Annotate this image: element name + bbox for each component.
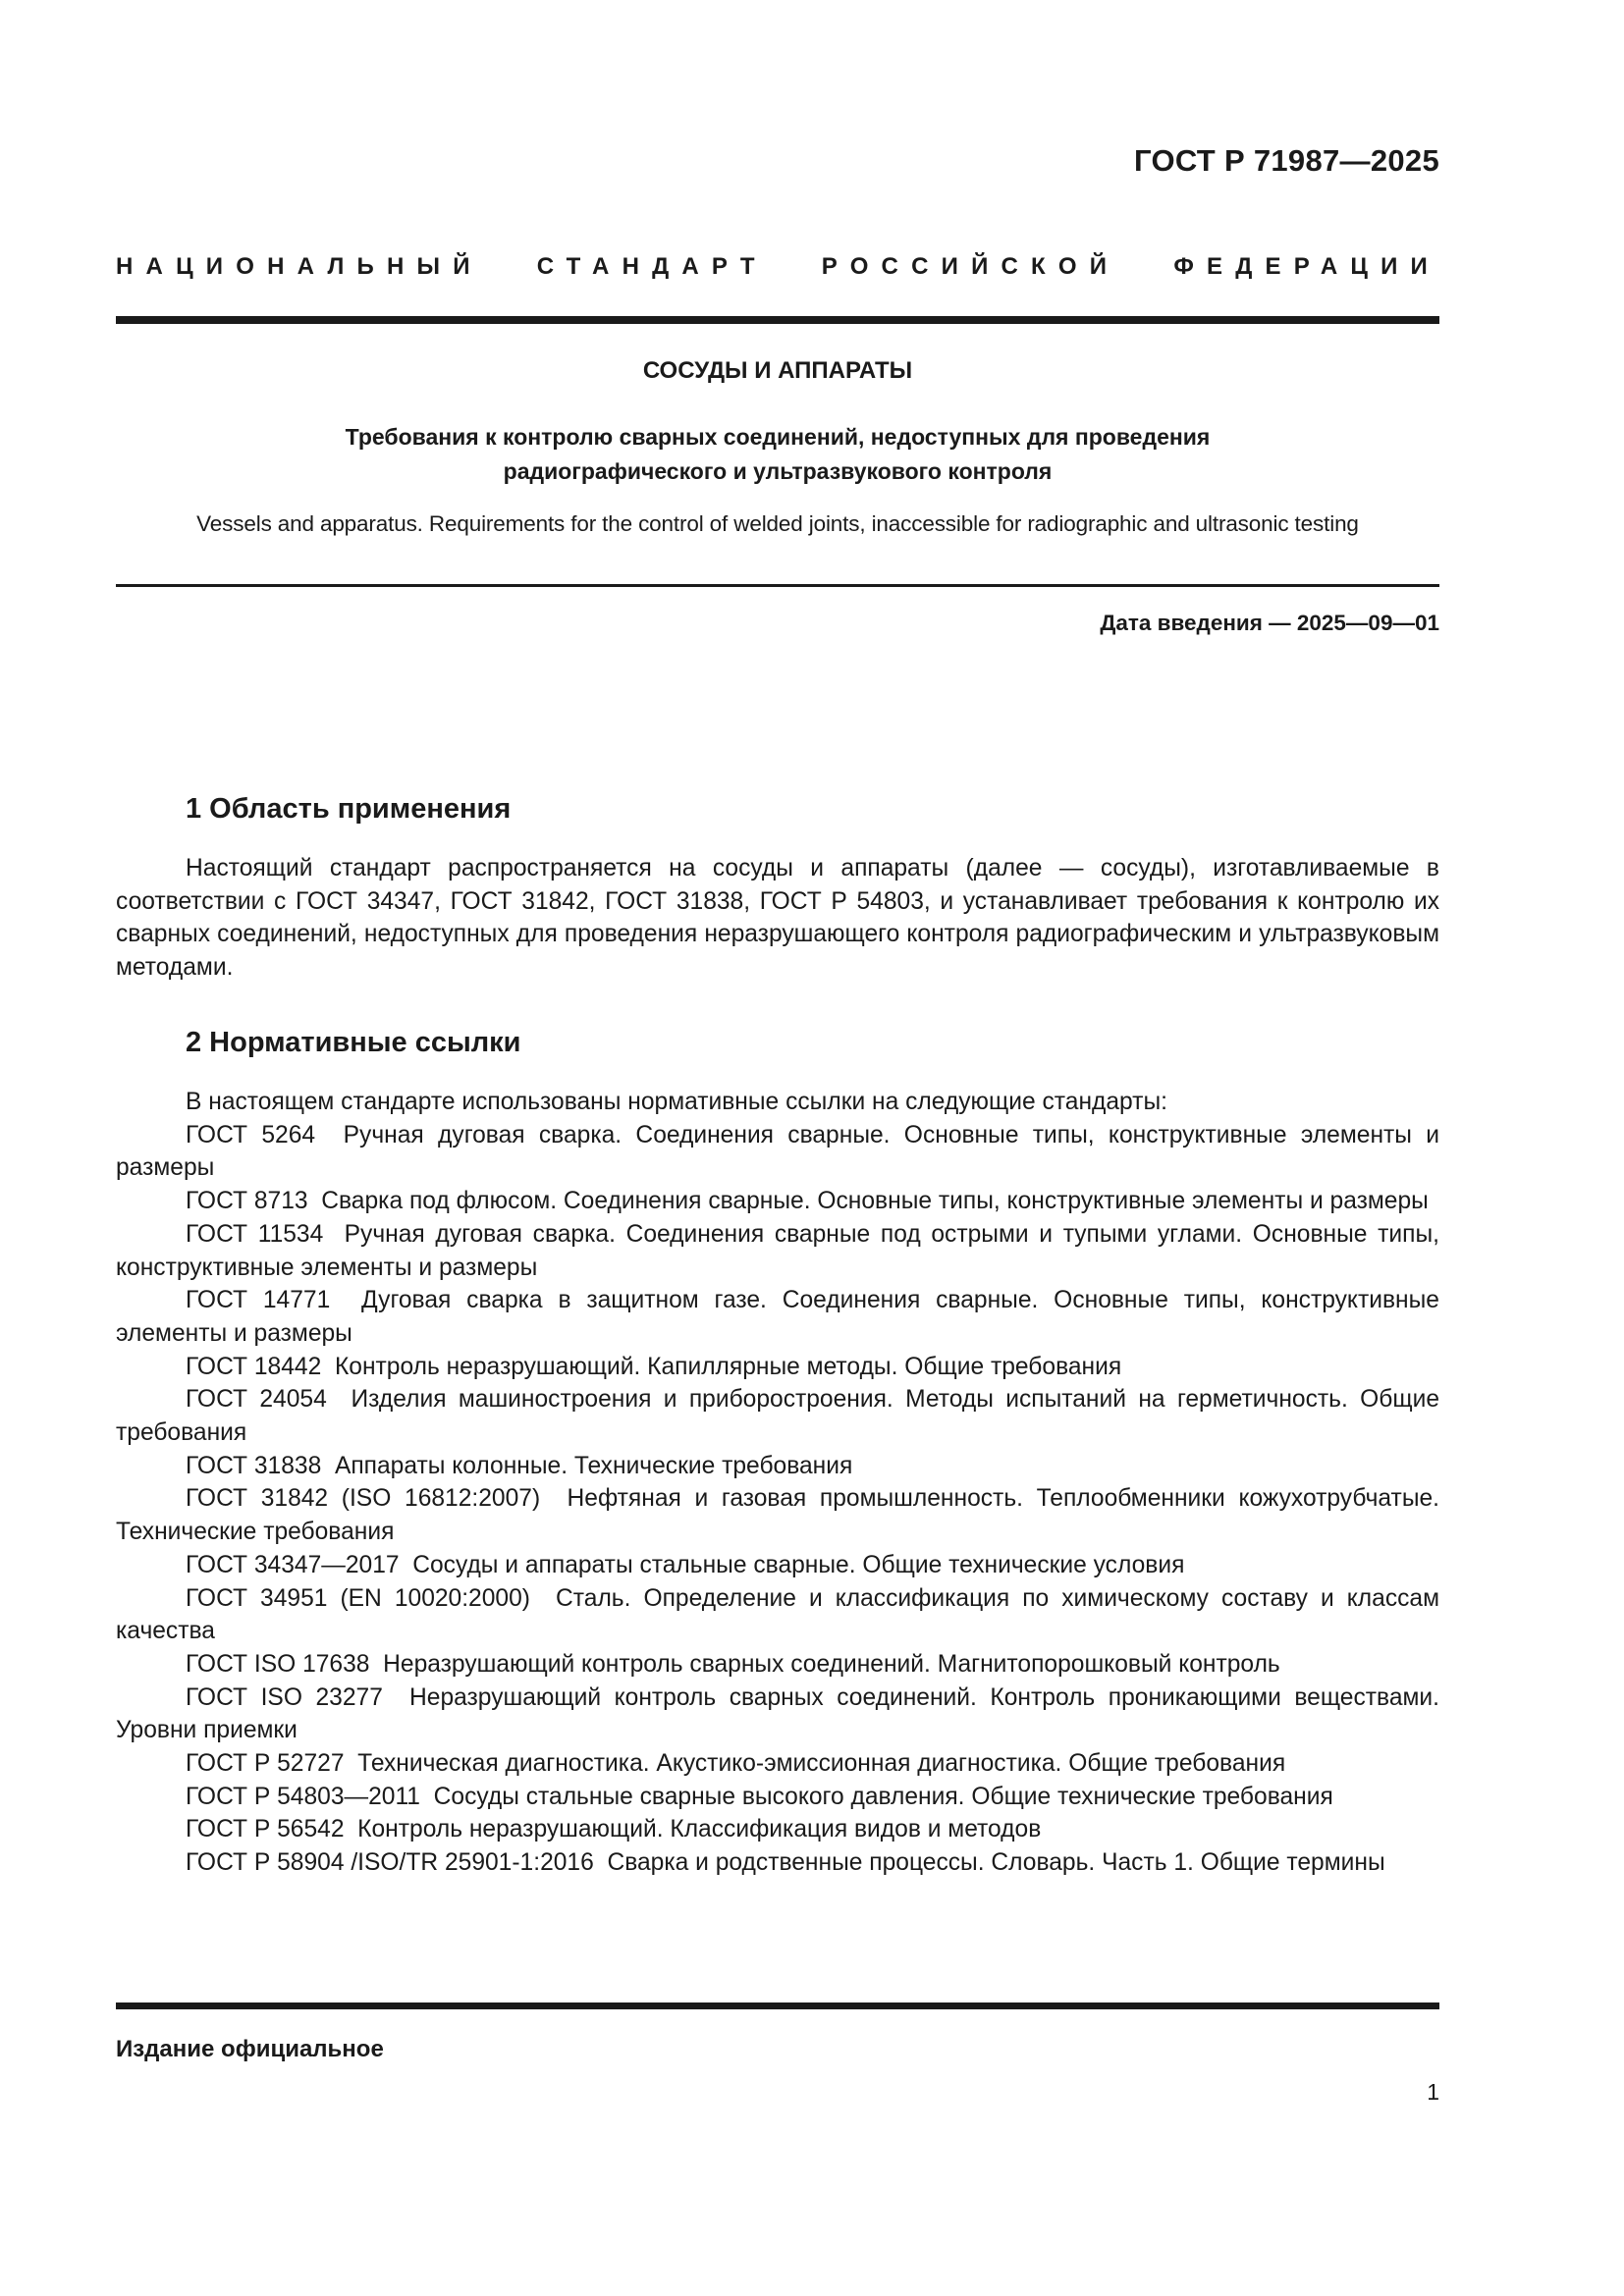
reference-title: Сосуды и аппараты стальные сварные. Общи… (412, 1552, 1184, 1578)
reference-code: ГОСТ 8713 (186, 1188, 308, 1214)
reference-item: ГОСТ 11534 Ручная дуговая сварка. Соедин… (116, 1218, 1439, 1284)
reference-code: ГОСТ 11534 (186, 1221, 323, 1248)
section-scope-body: Настоящий стандарт распространяется на с… (116, 852, 1439, 985)
reference-item: ГОСТ ISO 23277 Неразрушающий контроль св… (116, 1682, 1439, 1747)
banner-word: РОССИЙСКОЙ (822, 253, 1119, 281)
document-subtitle: Требования к контролю сварных соединений… (116, 420, 1439, 489)
reference-code: ГОСТ ISO 23277 (186, 1684, 383, 1711)
banner-word: ФЕДЕРАЦИИ (1173, 253, 1440, 281)
reference-title: Контроль неразрушающий. Классификация ви… (357, 1816, 1041, 1842)
reference-item: ГОСТ 34951 (EN 10020:2000) Сталь. Опреде… (116, 1582, 1439, 1648)
reference-item: ГОСТ Р 58904 /ISO/TR 25901-1:2016 Сварка… (116, 1846, 1439, 1880)
reference-code: ГОСТ Р 54803—2011 (186, 1784, 420, 1810)
reference-item: ГОСТ 31842 (ISO 16812:2007) Нефтяная и г… (116, 1482, 1439, 1548)
subtitle-line: радиографического и ультразвукового конт… (116, 454, 1439, 489)
reference-item: ГОСТ 18442 Контроль неразрушающий. Капил… (116, 1351, 1439, 1384)
reference-item: ГОСТ ISO 17638 Неразрушающий контроль св… (116, 1648, 1439, 1682)
reference-code: ГОСТ 34951 (EN 10020:2000) (186, 1585, 530, 1612)
reference-title: Ручная дуговая сварка. Соединения сварны… (116, 1122, 1439, 1182)
edition-label: Издание официальное (116, 2036, 384, 2063)
reference-item: ГОСТ 8713 Сварка под флюсом. Соединения … (116, 1185, 1439, 1218)
reference-item: ГОСТ 31838 Аппараты колонные. Технически… (116, 1450, 1439, 1483)
document-title: СОСУДЫ И АППАРАТЫ (116, 357, 1439, 385)
reference-code: ГОСТ 24054 (186, 1386, 327, 1413)
reference-item: ГОСТ 5264 Ручная дуговая сварка. Соедине… (116, 1119, 1439, 1185)
reference-title: Сварка под флюсом. Соединения сварные. О… (321, 1188, 1429, 1214)
section-heading-scope: 1 Область применения (186, 793, 511, 826)
footer-rule (116, 2002, 1439, 2009)
english-title: Vessels and apparatus. Requirements for … (116, 511, 1439, 537)
reference-code: ГОСТ 5264 (186, 1122, 315, 1148)
reference-item: ГОСТ Р 52727 Техническая диагностика. Ак… (116, 1747, 1439, 1781)
page-number: 1 (1427, 2079, 1439, 2106)
reference-code: ГОСТ Р 56542 (186, 1816, 345, 1842)
subtitle-line: Требования к контролю сварных соединений… (116, 420, 1439, 454)
reference-title: Техническая диагностика. Акустико-эмисси… (357, 1750, 1285, 1777)
banner-word: СТАНДАРТ (537, 253, 768, 281)
reference-code: ГОСТ 14771 (186, 1287, 330, 1313)
reference-code: ГОСТ Р 58904 /ISO/TR 25901-1:2016 (186, 1849, 594, 1876)
header-rule (116, 316, 1439, 324)
title-rule (116, 584, 1439, 587)
reference-code: ГОСТ 34347—2017 (186, 1552, 400, 1578)
reference-title: Сосуды стальные сварные высокого давлени… (434, 1784, 1333, 1810)
reference-title: Контроль неразрушающий. Капиллярные мето… (335, 1354, 1121, 1380)
document-code: ГОСТ Р 71987—2025 (1134, 143, 1439, 179)
reference-code: ГОСТ 31842 (ISO 16812:2007) (186, 1485, 540, 1512)
reference-code: ГОСТ Р 52727 (186, 1750, 345, 1777)
reference-item: ГОСТ 34347—2017 Сосуды и аппараты стальн… (116, 1549, 1439, 1582)
reference-title: Неразрушающий контроль сварных соединени… (383, 1651, 1280, 1678)
reference-title: Сварка и родственные процессы. Словарь. … (607, 1849, 1384, 1876)
references-intro: В настоящем стандарте использованы норма… (116, 1086, 1439, 1119)
references-list: В настоящем стандарте использованы норма… (116, 1086, 1439, 1880)
scope-paragraph: Настоящий стандарт распространяется на с… (116, 852, 1439, 985)
reference-item: ГОСТ 14771 Дуговая сварка в защитном газ… (116, 1284, 1439, 1350)
banner-word: НАЦИОНАЛЬНЫЙ (116, 253, 483, 281)
reference-title: Аппараты колонные. Технические требовани… (335, 1453, 852, 1479)
reference-code: ГОСТ ISO 17638 (186, 1651, 369, 1678)
introduction-date: Дата введения — 2025—09—01 (1100, 611, 1439, 636)
reference-item: ГОСТ Р 56542 Контроль неразрушающий. Кла… (116, 1813, 1439, 1846)
reference-item: ГОСТ Р 54803—2011 Сосуды стальные сварны… (116, 1781, 1439, 1814)
section-heading-references: 2 Нормативные ссылки (186, 1027, 521, 1059)
national-standard-banner: НАЦИОНАЛЬНЫЙ СТАНДАРТ РОССИЙСКОЙ ФЕДЕРАЦ… (116, 253, 1440, 281)
reference-item: ГОСТ 24054 Изделия машиностроения и приб… (116, 1383, 1439, 1449)
reference-code: ГОСТ 18442 (186, 1354, 321, 1380)
reference-code: ГОСТ 31838 (186, 1453, 321, 1479)
